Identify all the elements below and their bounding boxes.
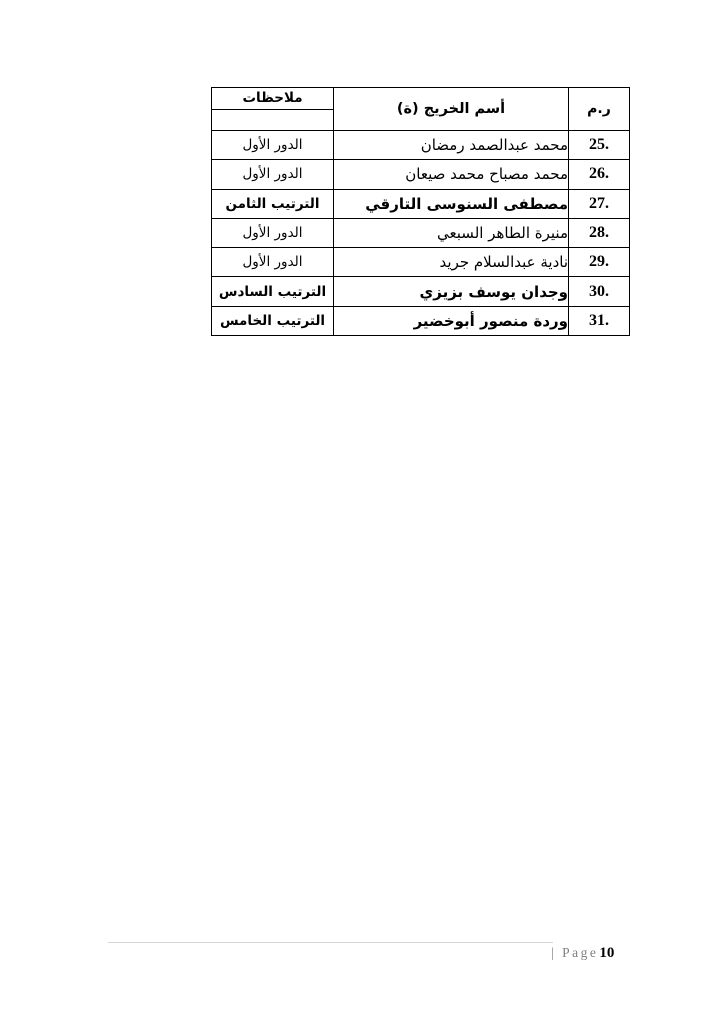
- note-value: الترتيب السادس: [212, 277, 334, 306]
- note-value: الدور الأول: [212, 131, 334, 160]
- note-value: الترتيب الثامن: [212, 189, 334, 218]
- graduate-name: محمد عبدالصمد رمضان: [334, 131, 569, 160]
- page-footer: | Page10: [551, 944, 614, 962]
- row-number: 26.: [569, 160, 630, 189]
- row-number: 30.: [569, 277, 630, 306]
- row-number: 25.: [569, 131, 630, 160]
- table-row: 29. نادية عبدالسلام جريد الدور الأول: [212, 248, 630, 277]
- column-header-serial-number: ر.م: [569, 88, 630, 131]
- table-row: 26. محمد مصباح محمد صيعان الدور الأول: [212, 160, 630, 189]
- table-row: 30. وجدان يوسف بزيزي الترتيب السادس: [212, 277, 630, 306]
- graduate-name: محمد مصباح محمد صيعان: [334, 160, 569, 189]
- footer-divider-line: [108, 942, 553, 943]
- document-page: ر.م أسم الخريج (ة) ملاحظات 25. محمد عبدا…: [0, 0, 724, 1024]
- table-row: 31. وردة منصور أبوخضير الترتيب الخامس: [212, 306, 630, 335]
- footer-page-number: 10: [599, 945, 614, 961]
- row-number: 29.: [569, 248, 630, 277]
- graduates-table: ر.م أسم الخريج (ة) ملاحظات 25. محمد عبدا…: [211, 87, 630, 336]
- column-header-graduate-name: أسم الخريج (ة): [334, 88, 569, 131]
- table-header-row: ر.م أسم الخريج (ة) ملاحظات: [212, 88, 630, 110]
- note-value: الدور الأول: [212, 218, 334, 247]
- row-number: 28.: [569, 218, 630, 247]
- row-number: 27.: [569, 189, 630, 218]
- note-value: الدور الأول: [212, 160, 334, 189]
- footer-page-label: | Page: [551, 945, 598, 960]
- column-header-notes: ملاحظات: [212, 88, 334, 110]
- graduate-name: وردة منصور أبوخضير: [334, 306, 569, 335]
- table-row: 28. منيرة الطاهر السبعي الدور الأول: [212, 218, 630, 247]
- table-row: 25. محمد عبدالصمد رمضان الدور الأول: [212, 131, 630, 160]
- note-value: الترتيب الخامس: [212, 306, 334, 335]
- row-number: 31.: [569, 306, 630, 335]
- graduate-name: وجدان يوسف بزيزي: [334, 277, 569, 306]
- note-value: الدور الأول: [212, 248, 334, 277]
- notes-subheader-empty: [212, 109, 334, 131]
- graduate-name: مصطفى السنوسى التارقي: [334, 189, 569, 218]
- table-row: 27. مصطفى السنوسى التارقي الترتيب الثامن: [212, 189, 630, 218]
- graduate-name: نادية عبدالسلام جريد: [334, 248, 569, 277]
- graduate-name: منيرة الطاهر السبعي: [334, 218, 569, 247]
